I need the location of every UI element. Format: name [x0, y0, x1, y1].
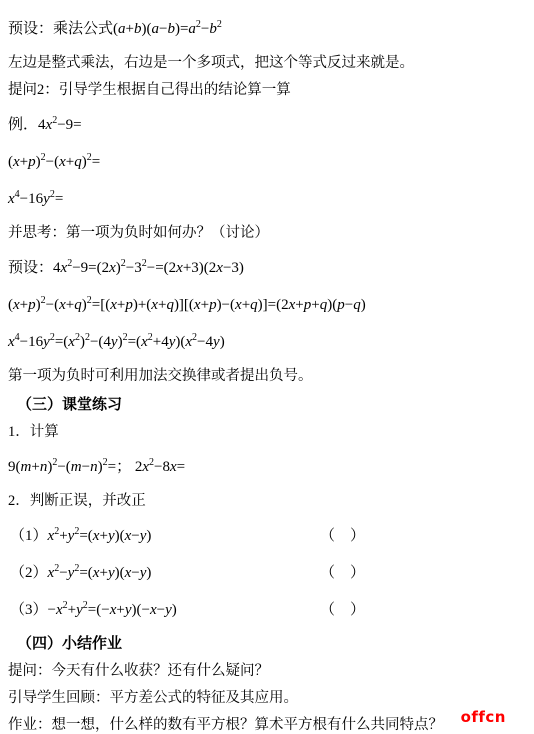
preset-formula-line: 预设：乘法公式(a+b)(a−b)=a2−b2 [8, 16, 526, 42]
text-segment: 1．计算 [8, 424, 59, 440]
example-formula-3: x4−16y2= [8, 186, 526, 212]
text-segment: （ ） [320, 560, 365, 586]
negative-note-line: 第一项为负时可利用加法交换律或者提出负号。 [8, 366, 526, 387]
homework-line: 作业：想一想，什么样的数有平方根？算术平方根有什么共同特点？ [8, 715, 526, 734]
preset-answer-3: x4−16y2=(x2)2−(4y)2=(x2+4y)(x2−4y) [8, 329, 526, 355]
judge-1-line: （1）x2+y2=(x+y)(x−y)（ ） [8, 523, 526, 549]
text-segment: （四）小结作业 [17, 636, 122, 652]
math-segment: (x+p)2−(x+q)2= [8, 154, 100, 170]
text-segment: （1） [10, 528, 48, 544]
practice-formula-line: 9(m+n)2−(m−n)2=； 2x2−8x= [8, 454, 526, 480]
text-segment: 2．判断正误，并改正 [8, 493, 146, 509]
question-2-line: 提问2：引导学生根据自己得出的结论算一算 [8, 80, 526, 101]
section-4-heading: （四）小结作业 [8, 634, 526, 655]
text-segment: （3） [10, 602, 48, 618]
math-segment: 4x2−9=(2x)2−32−=(2x+3)(2x−3) [53, 260, 244, 276]
text-segment: 预设： [8, 260, 53, 276]
text-segment: 作业：想一想，什么样的数有平方根？算术平方根有什么共同特点？ [8, 717, 443, 733]
example-formula-2: (x+p)2−(x+q)2= [8, 149, 526, 175]
example-formula-1: 例．4x2−9= [8, 112, 526, 138]
math-segment: x2+y2=(x+y)(x−y) [48, 528, 152, 544]
document-lines: 预设：乘法公式(a+b)(a−b)=a2−b2左边是整式乘法，右边是一个多项式，… [8, 16, 526, 734]
text-segment: 例． [8, 117, 38, 133]
text-segment: ； [116, 459, 135, 475]
text-segment: 并思考：第一项为负时如何办？（讨论） [8, 225, 269, 241]
text-segment: 预设：乘法公式 [8, 21, 113, 37]
section-3-heading: （三）课堂练习 [8, 395, 526, 416]
math-segment: (a+b)(a−b)=a2−b2 [113, 21, 222, 37]
math-segment: x2−y2=(x+y)(x−y) [48, 565, 152, 581]
judge-3-line: （3）−x2+y2=(−x+y)(−x−y)（ ） [8, 597, 526, 623]
math-segment: 4x2−9= [38, 117, 82, 133]
text-segment: 左边是整式乘法，右边是一个多项式，把这个等式反过来就是。 [8, 55, 414, 71]
math-segment: x4−16y2=(x2)2−(4y)2=(x2+4y)(x2−4y) [8, 334, 225, 350]
judge-2-line: （2）x2−y2=(x+y)(x−y)（ ） [8, 560, 526, 586]
document-page: 预设：乘法公式(a+b)(a−b)=a2−b2左边是整式乘法，右边是一个多项式，… [0, 0, 534, 734]
text-segment: （ ） [320, 523, 365, 549]
explanation-line: 左边是整式乘法，右边是一个多项式，把这个等式反过来就是。 [8, 53, 526, 74]
text-segment: （三）课堂练习 [17, 397, 122, 413]
math-segment: 9(m+n)2−(m−n)2= [8, 459, 116, 475]
text-segment: 提问：今天有什么收获？还有什么疑问？ [8, 663, 269, 679]
item-2-judge-line: 2．判断正误，并改正 [8, 491, 526, 512]
text-segment: 引导学生回顾：平方差公式的特征及其应用。 [8, 690, 298, 706]
math-segment: 2x2−8x= [135, 459, 185, 475]
text-segment: （2） [10, 565, 48, 581]
text-segment: 提问2：引导学生根据自己得出的结论算一算 [8, 82, 291, 98]
review-line: 引导学生回顾：平方差公式的特征及其应用。 [8, 688, 526, 709]
text-segment: 第一项为负时可利用加法交换律或者提出负号。 [8, 368, 313, 384]
math-segment: (x+p)2−(x+q)2=[(x+p)+(x+q)][(x+p)−(x+q)]… [8, 297, 366, 313]
item-1-calculate-line: 1．计算 [8, 422, 526, 443]
math-segment: x4−16y2= [8, 191, 63, 207]
offcn-watermark: offcn [461, 708, 506, 726]
summary-question-line: 提问：今天有什么收获？还有什么疑问？ [8, 661, 526, 682]
think-line: 并思考：第一项为负时如何办？（讨论） [8, 223, 526, 244]
preset-answer-2: (x+p)2−(x+q)2=[(x+p)+(x+q)][(x+p)−(x+q)]… [8, 292, 526, 318]
math-segment: −x2+y2=(−x+y)(−x−y) [48, 602, 177, 618]
preset-answer-1: 预设：4x2−9=(2x)2−32−=(2x+3)(2x−3) [8, 255, 526, 281]
text-segment: （ ） [320, 597, 365, 623]
